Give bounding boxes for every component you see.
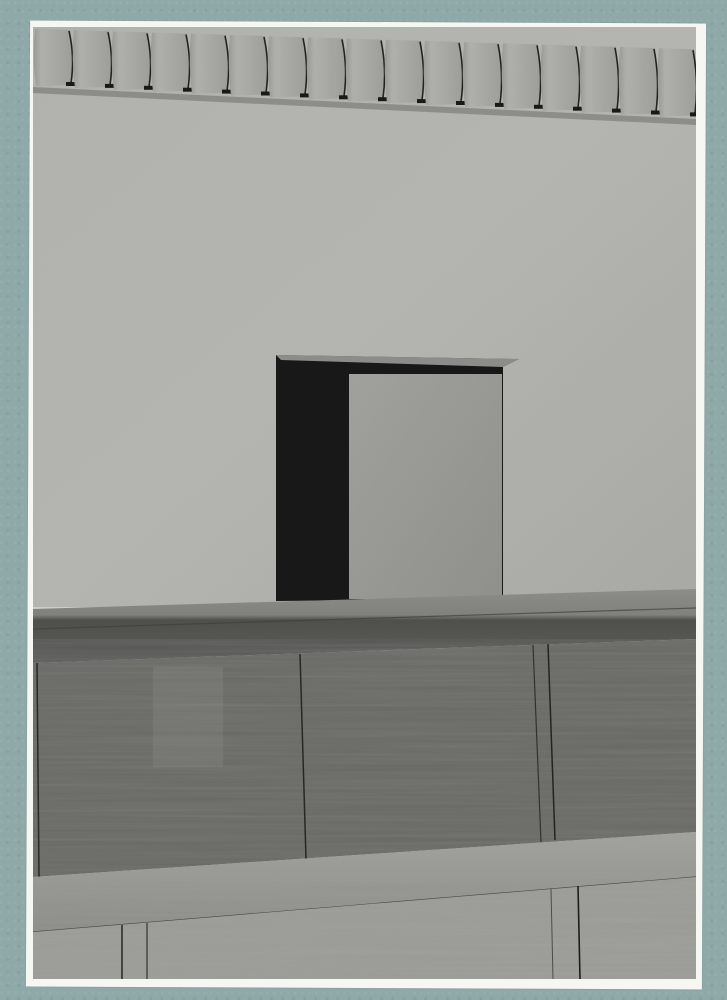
photo-mount-card xyxy=(0,0,727,1000)
photograph xyxy=(33,27,696,979)
photo-scene xyxy=(33,27,696,979)
